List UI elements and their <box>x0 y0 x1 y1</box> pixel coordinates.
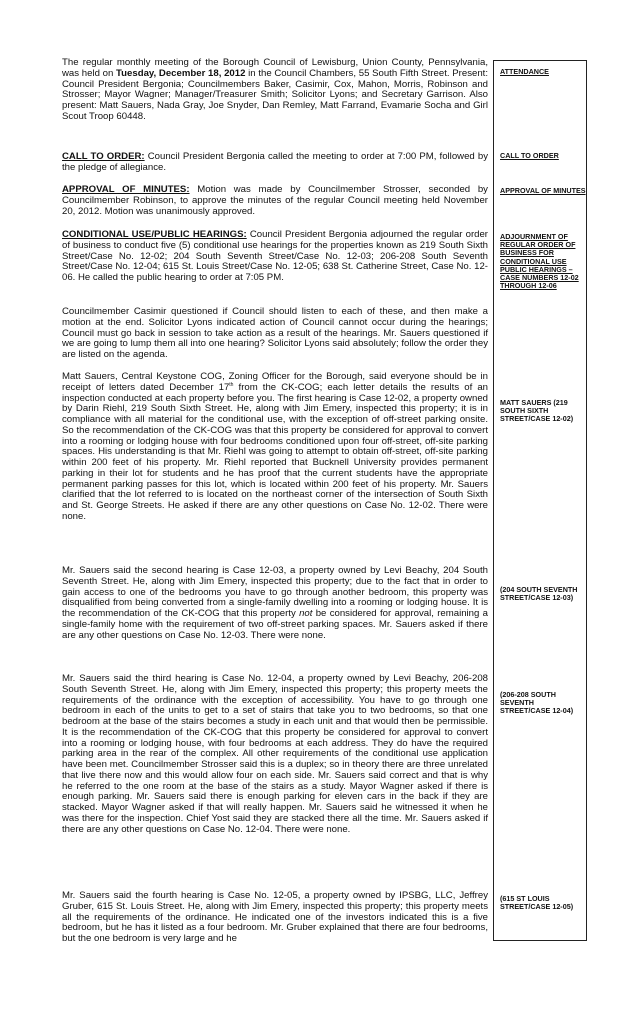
call-to-order-paragraph: CALL TO ORDER: Council President Bergoni… <box>62 152 488 174</box>
approval-of-minutes-paragraph: APPROVAL OF MINUTES: Motion was made by … <box>62 185 488 217</box>
sidebar-label-matt-sauers: MATT SAUERS (219 SOUTH SIXTH STREET/CASE… <box>500 399 586 424</box>
approval-of-minutes-heading: APPROVAL OF MINUTES: <box>62 184 190 195</box>
sidebar-label-case-12-03: (204 SOUTH SEVENTH STREET/CASE 12-03) <box>500 586 586 602</box>
call-to-order-heading: CALL TO ORDER: <box>62 151 145 162</box>
case-12-03-emphasis: not <box>299 608 312 619</box>
sidebar-label-call-to-order: CALL TO ORDER <box>500 152 586 160</box>
sidebar-label-adjournment: ADJOURNMENT OF REGULAR ORDER OF BUSINESS… <box>500 233 586 290</box>
case-12-05-text: Mr. Sauers said the fourth hearing is Ca… <box>62 890 488 944</box>
sidebar-label-approval-of-minutes: APPROVAL OF MINUTES <box>500 187 586 195</box>
casimir-question-paragraph: Councilmember Casimir questioned if Coun… <box>62 307 488 361</box>
sidebar-label-attendance: ATTENDANCE <box>500 68 586 76</box>
case-12-04-text: Mr. Sauers said the third hearing is Cas… <box>62 673 488 835</box>
sidebar-label-case-12-04: (206-208 SOUTH SEVENTH STREET/CASE 12-04… <box>500 691 586 716</box>
case-12-02-text-post: from the CK-COG; each letter details the… <box>62 382 488 522</box>
margin-notes-box: ATTENDANCE CALL TO ORDER APPROVAL OF MIN… <box>493 60 587 941</box>
case-12-03-paragraph: Mr. Sauers said the second hearing is Ca… <box>62 566 488 641</box>
meeting-date: Tuesday, December 18, 2012 <box>116 68 245 79</box>
case-12-02-paragraph: Matt Sauers, Central Keystone COG, Zonin… <box>62 372 488 523</box>
attendance-paragraph: The regular monthly meeting of the Borou… <box>62 58 488 123</box>
case-12-05-paragraph: Mr. Sauers said the fourth hearing is Ca… <box>62 891 488 945</box>
sidebar-label-case-12-05: (615 ST LOUIS STREET/CASE 12-05) <box>500 895 586 911</box>
conditional-use-heading: CONDITIONAL USE/PUBLIC HEARINGS: <box>62 229 247 240</box>
case-12-04-paragraph: Mr. Sauers said the third hearing is Cas… <box>62 674 488 835</box>
conditional-use-paragraph: CONDITIONAL USE/PUBLIC HEARINGS: Council… <box>62 230 488 284</box>
casimir-question-text: Councilmember Casimir questioned if Coun… <box>62 306 488 360</box>
